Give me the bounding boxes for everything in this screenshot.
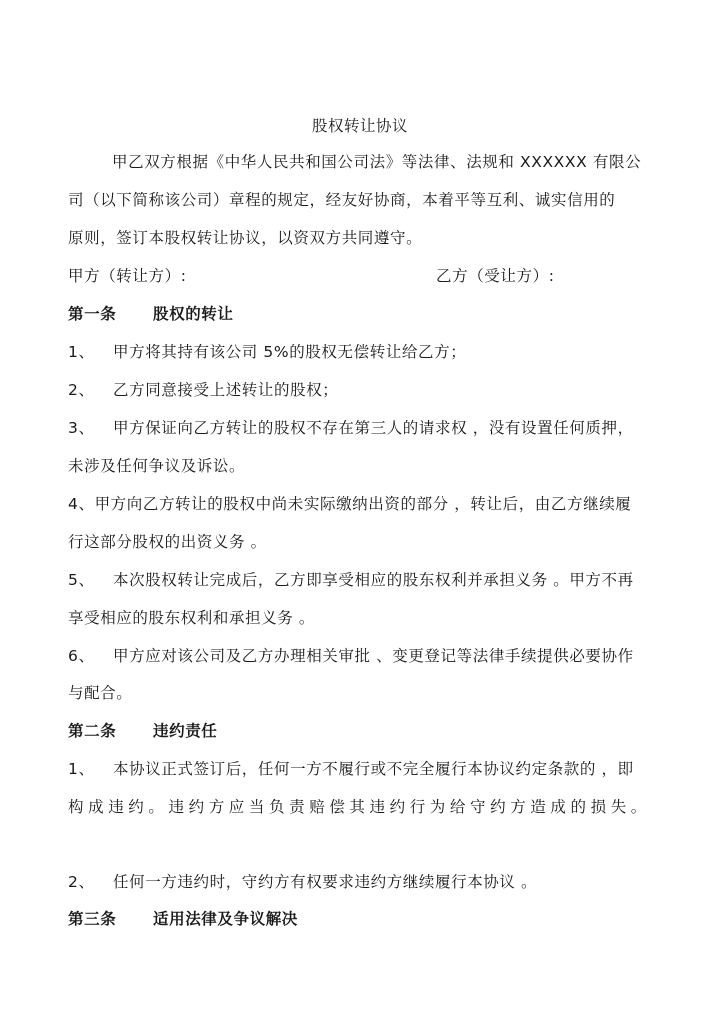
article-title: 股权的转让: [153, 305, 234, 323]
item-text: 任何一方违约时，守约方有权要求违约方继续履行本协议 。: [113, 873, 537, 891]
list-item: 4、甲方向乙方转让的股权中尚未实际缴纳出资的部分 ，转让后，由乙方继续履: [68, 494, 658, 514]
list-item: 1、本协议正式签订后，任何一方不履行或不完全履行本协议约定条款的 ，即: [68, 759, 658, 779]
party-b-label: 乙方（受让方）:: [436, 266, 555, 286]
article-1-heading: 第一条股权的转让: [68, 304, 658, 324]
list-item: 2、乙方同意接受上述转让的股权；: [68, 380, 658, 400]
item-number: 2、: [68, 872, 113, 892]
document-title: 股权转让协议: [0, 116, 720, 136]
item-text: 本协议正式签订后，任何一方不履行或不完全履行本协议约定条款的 ，即: [113, 760, 634, 778]
document-page: 股权转让协议 甲乙双方根据《中华人民共和国公司法》等法律、法规和 XXXXXX …: [0, 0, 720, 1017]
item-text: 本次股权转让完成后，乙方即享受相应的股东权利并承担义务 。甲方不再: [113, 571, 634, 589]
item-number: 1、: [68, 759, 113, 779]
article-title: 适用法律及争议解决: [153, 910, 298, 928]
preamble-line-2: 司（以下简称该公司）章程的规定，经友好协商，本着平等互利、诚实信用的: [68, 190, 658, 210]
item-text: 乙方同意接受上述转让的股权；: [113, 381, 338, 399]
list-item: 2、任何一方违约时，守约方有权要求违约方继续履行本协议 。: [68, 872, 658, 892]
article-title: 违约责任: [153, 722, 217, 740]
item-number: 4、: [68, 495, 95, 513]
item-text: 甲方保证向乙方转让的股权不存在第三人的请求权 ，没有设置任何质押，: [113, 419, 634, 437]
item-number: 5、: [68, 570, 113, 590]
item-number: 1、: [68, 342, 113, 362]
item-continuation: 构成违约。违约方应当负责赔偿其违约行为给守约方造成的损失。: [68, 797, 658, 817]
item-number: 3、: [68, 418, 113, 438]
preamble-line-3: 原则，签订本股权转让协议，以资双方共同遵守。: [68, 228, 658, 248]
item-text: 甲方应对该公司及乙方办理相关审批 、变更登记等法律手续提供必要协作: [113, 647, 634, 665]
article-number: 第三条: [68, 909, 153, 929]
list-item: 5、本次股权转让完成后，乙方即享受相应的股东权利并承担义务 。甲方不再: [68, 570, 658, 590]
item-continuation: 与配合。: [68, 683, 658, 703]
article-number: 第一条: [68, 304, 153, 324]
item-text: 甲方将其持有该公司 5%的股权无偿转让给乙方；: [113, 343, 466, 361]
preamble-line-1: 甲乙双方根据《中华人民共和国公司法》等法律、法规和 XXXXXX 有限公: [68, 152, 702, 172]
article-3-heading: 第三条适用法律及争议解决: [68, 909, 658, 929]
article-number: 第二条: [68, 721, 153, 741]
item-continuation: 行这部分股权的出资义务 。: [68, 532, 658, 552]
list-item: 6、甲方应对该公司及乙方办理相关审批 、变更登记等法律手续提供必要协作: [68, 646, 658, 666]
list-item: 3、甲方保证向乙方转让的股权不存在第三人的请求权 ，没有设置任何质押，: [68, 418, 658, 438]
parties-row: 甲方（转让方）: 乙方（受让方）:: [68, 266, 658, 286]
item-number: 2、: [68, 380, 113, 400]
item-number: 6、: [68, 646, 113, 666]
item-continuation: 未涉及任何争议及诉讼。: [68, 456, 658, 476]
item-continuation: 享受相应的股东权利和承担义务 。: [68, 608, 658, 628]
party-a-label: 甲方（转让方）:: [68, 267, 187, 285]
item-text: 甲方向乙方转让的股权中尚未实际缴纳出资的部分 ，转让后，由乙方继续履: [95, 495, 632, 513]
article-2-heading: 第二条违约责任: [68, 721, 658, 741]
list-item: 1、甲方将其持有该公司 5%的股权无偿转让给乙方；: [68, 342, 658, 362]
